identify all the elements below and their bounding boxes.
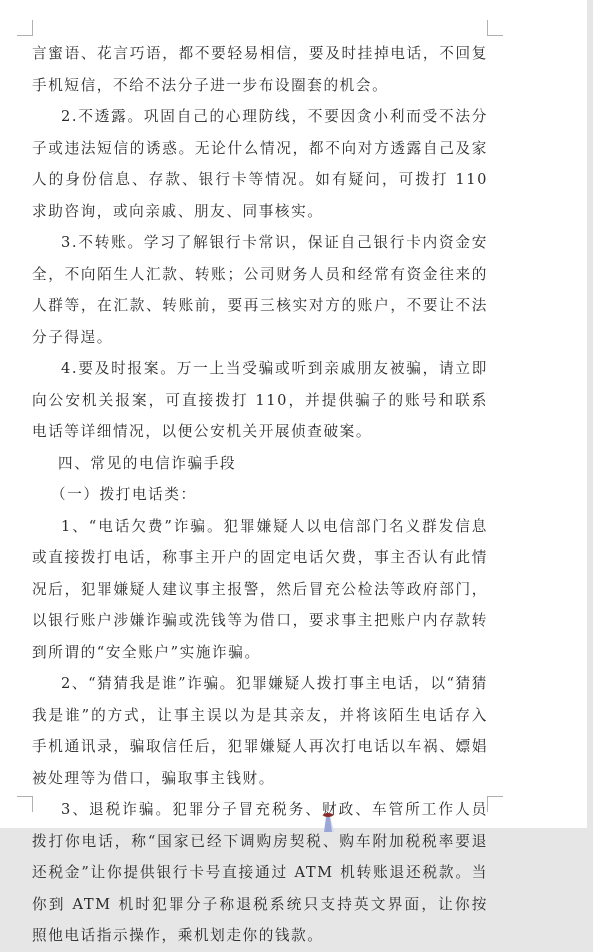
document-body[interactable]: 言蜜语、花言巧语，都不要轻易相信，要及时挂掉电话，不回复手机短信，不给不法分子进… [32, 38, 488, 835]
crop-mark-bottom-left [17, 796, 33, 812]
crop-mark-top-right [487, 20, 503, 36]
paragraph-report-promptly: 4.要及时报案。万一上当受骗或听到亲戚朋友被骗，请立即向公安机关报案，可直接拨打… [32, 353, 488, 448]
paragraph-phone-arrears-scam: 1、“电话欠费”诈骗。犯罪嫌疑人以电信部门名义群发信息或直接拨打电话，称事主开户… [32, 511, 488, 669]
paragraph-guess-who-scam: 2、“猜猜我是谁”诈骗。犯罪嫌疑人拨打事主电话，以“猜猜我是谁”的方式，让事主误… [32, 668, 488, 794]
paragraph-no-disclosure: 2.不透露。巩固自己的心理防线，不要因贪小利而受不法分子或违法短信的诱惑。无论什… [32, 101, 488, 227]
crop-mark-top-left [17, 20, 33, 36]
paragraph-tax-refund-scam: 3、退税诈骗。犯罪分子冒充税务、财政、车管所工作人员拨打你电话，称“国家已经下调… [32, 794, 488, 835]
subsection-heading: （一）拨打电话类： [32, 479, 488, 511]
paragraph-no-transfer: 3.不转账。学习了解银行卡常识，保证自己银行卡内资金安全，不向陌生人汇款、转账；… [32, 227, 488, 353]
crop-mark-bottom-right [487, 796, 503, 812]
document-page: 言蜜语、花言巧语，都不要轻易相信，要及时挂掉电话，不回复手机短信，不给不法分子进… [0, 0, 587, 828]
decorative-figure-icon [320, 812, 340, 835]
section-heading: 四、常见的电信诈骗手段 [32, 448, 488, 480]
paragraph-continuation: 言蜜语、花言巧语，都不要轻易相信，要及时挂掉电话，不回复手机短信，不给不法分子进… [32, 38, 488, 101]
